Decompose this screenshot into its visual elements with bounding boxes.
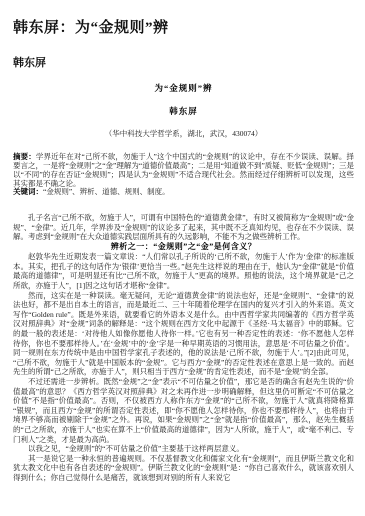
section-1-paragraph-4: 以我之见，“金规则”的“不可估量之价值”主要基于这样两层意义。 (13, 444, 354, 454)
article-page: 韩东屏：为“金规则”辨 韩东屏 为“金规则”辨 韩东屏 （华中科技大学哲学系，湖… (0, 0, 365, 516)
abstract-block: 摘要：学界近年在对“己所不欲，勿施于人”这个中国式的“金规则”的议论中，存在不少… (13, 153, 354, 197)
keywords-text: “金规则”、辨析、道德、规则、制度。 (43, 187, 170, 196)
section-1-paragraph-3: 不过还需进一步辨析。既然“金规”之“金”表示“不可估量之价值”，那它是否的确含有… (13, 377, 354, 444)
section-1-paragraph-2: 然而，这实在是一种误读。毫无疑问，无论“道德黄金律”的说法也好，还是“金规则”、… (13, 291, 354, 377)
article-title: 为“金规则”辨 (13, 82, 354, 94)
keywords-line: 关键词：“金规则”、辨析、道德、规则、制度。 (13, 188, 354, 197)
keywords-label: 关键词： (13, 187, 43, 196)
section-1-paragraph-5: 其一是说它是一种永恒的普遍规则。不仅基督教文化和儒家文化有“金规则”，而且伊斯兰… (13, 454, 354, 483)
article-body: 孔子名言“己所不欲，勿施于人”，可谓有中国特色的“道德黄金律”，有时又被简称为“… (13, 213, 354, 482)
abstract-text: 学界近年在对“己所不欲，勿施于人”这个中国式的“金规则”的议论中，存在不少误读、… (13, 152, 354, 188)
abstract-label: 摘要： (13, 152, 36, 161)
section-1-paragraph-1: 赵敦华先生近期发表一篇文章说：“人们常以孔子所说的‘己所不欲，勿施于人’作为‘金… (13, 252, 354, 290)
article-author: 韩东屏 (13, 105, 354, 117)
article-affiliation: （华中科技大学哲学系，湖北，武汉，430074） (13, 128, 354, 139)
page-title: 韩东屏：为“金规则”辨 (13, 16, 354, 37)
page-byline: 韩东屏 (13, 54, 354, 70)
section-1-heading: 辨析之一：“金规则”之“金”是何含义？ (13, 242, 354, 252)
intro-paragraph: 孔子名言“己所不欲，勿施于人”，可谓有中国特色的“道德黄金律”，有时又被简称为“… (13, 213, 354, 242)
